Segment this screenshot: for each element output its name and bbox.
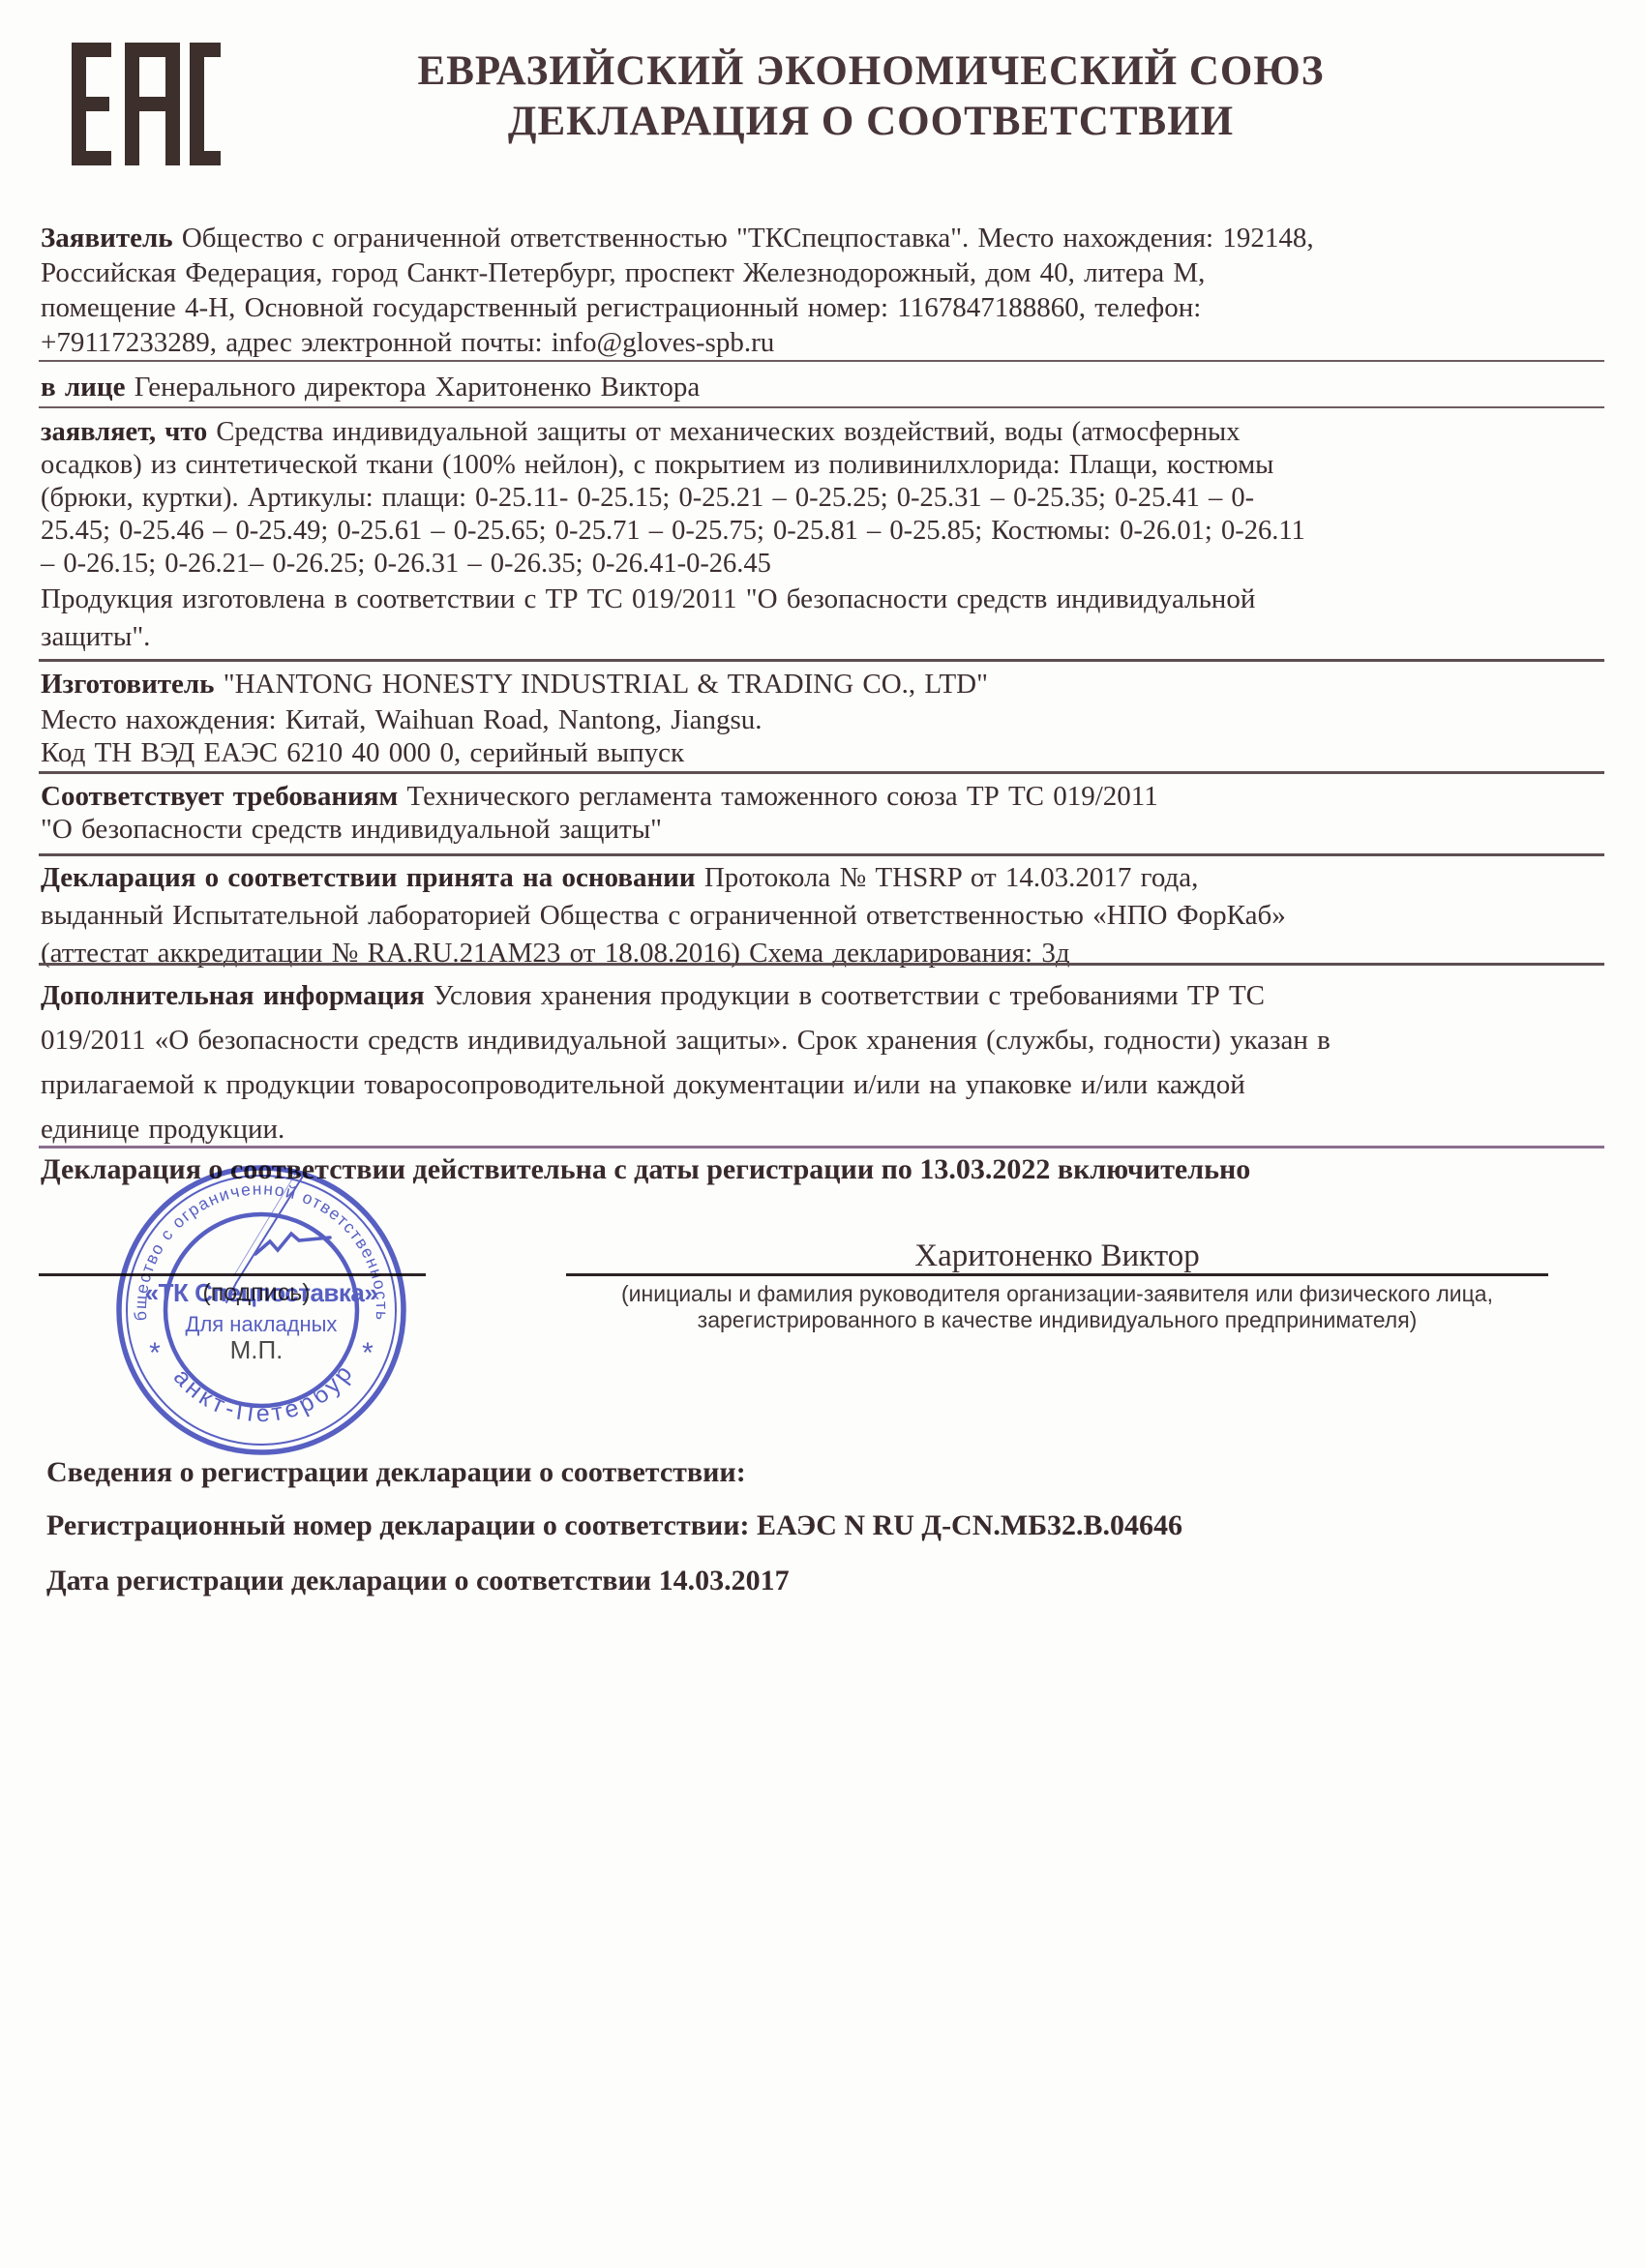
divider-6 xyxy=(39,963,1604,966)
basis-label: Декларация о соответствии принята на осн… xyxy=(41,862,696,893)
eac-mark-logo xyxy=(72,43,221,165)
section-in-person: в лице Генерального директора Харитоненк… xyxy=(41,370,1606,404)
divider-7 xyxy=(39,1146,1604,1149)
divider-4 xyxy=(39,771,1604,774)
eac-letters xyxy=(72,43,221,165)
signatory-name: Харитоненко Виктор xyxy=(566,1238,1548,1274)
divider-5 xyxy=(39,853,1604,856)
manufacturer-name: "HANTONG HONESTY INDUSTRIAL & TRADING CO… xyxy=(224,669,988,700)
stamp-star-right: * xyxy=(362,1337,374,1369)
manufacturer-label: Изготовитель xyxy=(41,669,215,700)
title-line-declaration: ДЕКЛАРАЦИЯ О СООТВЕТСТВИИ xyxy=(281,97,1461,147)
section-applicant: Заявитель Общество с ограниченной ответс… xyxy=(41,221,1606,360)
in-person-label: в лице xyxy=(41,372,125,403)
divider-2 xyxy=(39,406,1604,408)
section-basis: Декларация о соответствии принята на осн… xyxy=(41,859,1606,972)
additional-label: Дополнительная информация xyxy=(41,980,425,1011)
divider-1 xyxy=(39,360,1604,362)
stamp-company-name: «ТК Спецпоставка» xyxy=(145,1278,378,1307)
stamp-star-left: * xyxy=(149,1337,161,1369)
signature-note: (инициалы и фамилия руководителя организ… xyxy=(566,1281,1548,1333)
document-title: ЕВРАЗИЙСКИЙ ЭКОНОМИЧЕСКИЙ СОЮЗ ДЕКЛАРАЦИ… xyxy=(281,46,1461,147)
conforms-label: Соответствует требованиям xyxy=(41,781,398,812)
section-declares: заявляет, что Средства индивидуальной за… xyxy=(41,416,1606,581)
manufacturer-code: Код ТН ВЭД ЕАЭС 6210 40 000 0, серийный … xyxy=(41,735,1606,770)
registration-date: Дата регистрации декларации о соответств… xyxy=(46,1565,1595,1597)
company-stamp: Общество с ограниченной ответственностью… xyxy=(112,1161,410,1459)
section-conforms: Соответствует требованиям Технического р… xyxy=(41,780,1606,846)
section-additional: Дополнительная информация Условия хранен… xyxy=(41,973,1606,1151)
registration-heading: Сведения о регистрации декларации о соот… xyxy=(46,1456,1595,1489)
section-manufacturer: Изготовитель "HANTONG HONESTY INDUSTRIAL… xyxy=(41,666,1606,702)
declares-text: Средства индивидуальной защиты от механи… xyxy=(41,417,1305,579)
divider-3 xyxy=(39,659,1604,662)
applicant-label: Заявитель xyxy=(41,223,173,254)
applicant-text: Общество с ограниченной ответственностью… xyxy=(41,223,1314,358)
title-line-union: ЕВРАЗИЙСКИЙ ЭКОНОМИЧЕСКИЙ СОЮЗ xyxy=(281,46,1461,97)
signature-line-right xyxy=(566,1273,1548,1276)
registration-number: Регистрационный номер декларации о соотв… xyxy=(46,1509,1595,1542)
declares-production-text: Продукция изготовлена в соответствии с Т… xyxy=(41,581,1606,656)
declares-label: заявляет, что xyxy=(41,417,207,447)
in-person-text: Генерального директора Харитоненко Викто… xyxy=(135,372,701,403)
stamp-center-line2: Для накладных xyxy=(186,1312,338,1336)
declaration-document: ЕВРАЗИЙСКИЙ ЭКОНОМИЧЕСКИЙ СОЮЗ ДЕКЛАРАЦИ… xyxy=(0,0,1645,2268)
manufacturer-location: Место нахождения: Китай, Waihuan Road, N… xyxy=(41,702,1606,737)
